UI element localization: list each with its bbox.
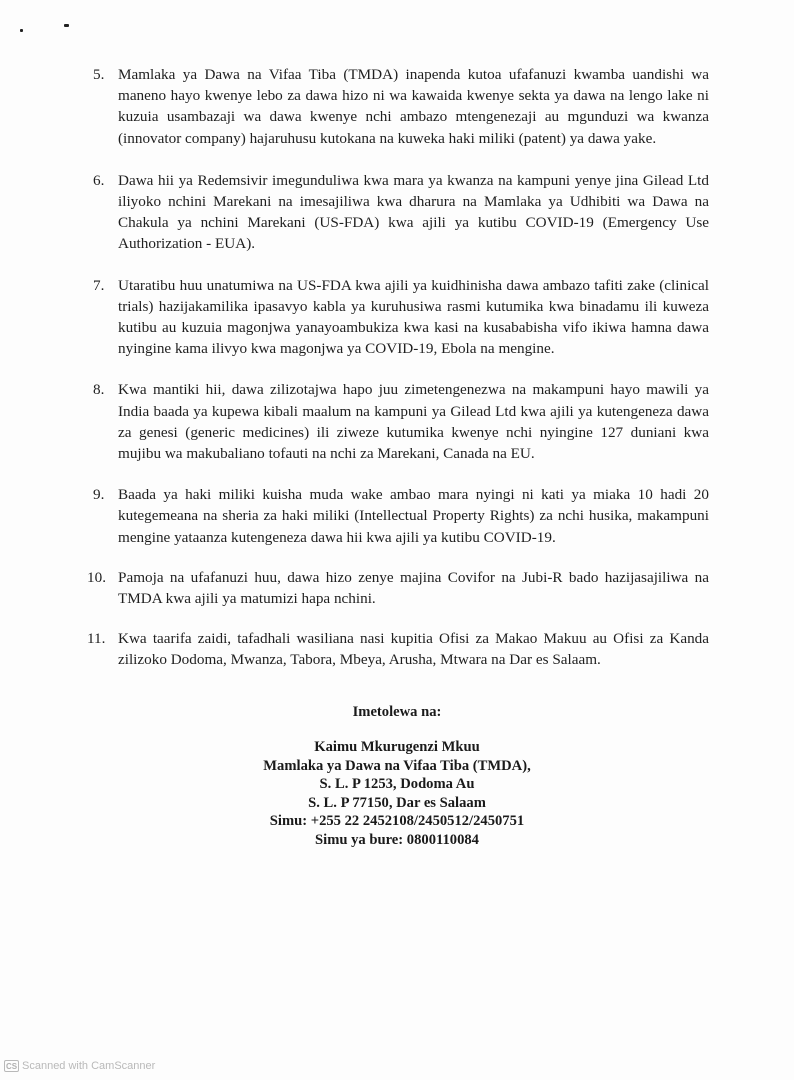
paragraph-11: 11. Kwa taarifa zaidi, tafadhali wasilia… bbox=[93, 628, 709, 670]
paragraph-number: 5. bbox=[93, 64, 104, 85]
scan-artifact-dot bbox=[20, 29, 23, 32]
scan-artifact-mark bbox=[64, 24, 69, 27]
paragraph-text: Mamlaka ya Dawa na Vifaa Tiba (TMDA) ina… bbox=[118, 66, 709, 147]
phone-numbers: Simu: +255 22 2452108/2450512/2450751 bbox=[0, 812, 794, 831]
paragraph-text: Kwa mantiki hii, dawa zilizotajwa hapo j… bbox=[118, 381, 709, 462]
paragraph-8: 8. Kwa mantiki hii, dawa zilizotajwa hap… bbox=[93, 379, 709, 464]
paragraph-text: Dawa hii ya Redemsivir imegunduliwa kwa … bbox=[118, 172, 709, 253]
paragraph-number: 11. bbox=[87, 628, 105, 649]
toll-free-number: Simu ya bure: 0800110084 bbox=[0, 831, 794, 850]
po-box-dodoma: S. L. P 1253, Dodoma Au bbox=[0, 775, 794, 794]
paragraph-number: 7. bbox=[93, 275, 104, 296]
paragraph-5: 5. Mamlaka ya Dawa na Vifaa Tiba (TMDA) … bbox=[93, 64, 709, 149]
organization-name: Mamlaka ya Dawa na Vifaa Tiba (TMDA), bbox=[0, 757, 794, 776]
paragraph-number: 10. bbox=[87, 567, 106, 588]
paragraph-9: 9. Baada ya haki miliki kuisha muda wake… bbox=[93, 484, 709, 548]
numbered-paragraph-list: 5. Mamlaka ya Dawa na Vifaa Tiba (TMDA) … bbox=[93, 64, 709, 671]
signature-block: Kaimu Mkurugenzi Mkuu Mamlaka ya Dawa na… bbox=[0, 738, 794, 850]
paragraph-text: Kwa taarifa zaidi, tafadhali wasiliana n… bbox=[118, 630, 709, 668]
paragraph-7: 7. Utaratibu huu unatumiwa na US-FDA kwa… bbox=[93, 275, 709, 360]
camscanner-logo-icon: CS bbox=[4, 1060, 19, 1072]
signatory-title: Kaimu Mkurugenzi Mkuu bbox=[0, 738, 794, 757]
issued-by-heading: Imetolewa na: bbox=[0, 703, 794, 722]
paragraph-text: Pamoja na ufafanuzi huu, dawa hizo zenye… bbox=[118, 569, 709, 607]
paragraph-text: Baada ya haki miliki kuisha muda wake am… bbox=[118, 486, 709, 545]
paragraph-10: 10. Pamoja na ufafanuzi huu, dawa hizo z… bbox=[93, 567, 709, 609]
paragraph-number: 6. bbox=[93, 170, 104, 191]
paragraph-6: 6. Dawa hii ya Redemsivir imegunduliwa k… bbox=[93, 170, 709, 255]
camscanner-watermark: CS Scanned with CamScanner bbox=[4, 1060, 155, 1072]
po-box-dar-es-salaam: S. L. P 77150, Dar es Salaam bbox=[0, 794, 794, 813]
scanned-page: 5. Mamlaka ya Dawa na Vifaa Tiba (TMDA) … bbox=[0, 0, 794, 1080]
paragraph-text: Utaratibu huu unatumiwa na US-FDA kwa aj… bbox=[118, 277, 709, 358]
paragraph-number: 8. bbox=[93, 379, 104, 400]
watermark-label: Scanned with CamScanner bbox=[22, 1060, 155, 1072]
paragraph-number: 9. bbox=[93, 484, 104, 505]
